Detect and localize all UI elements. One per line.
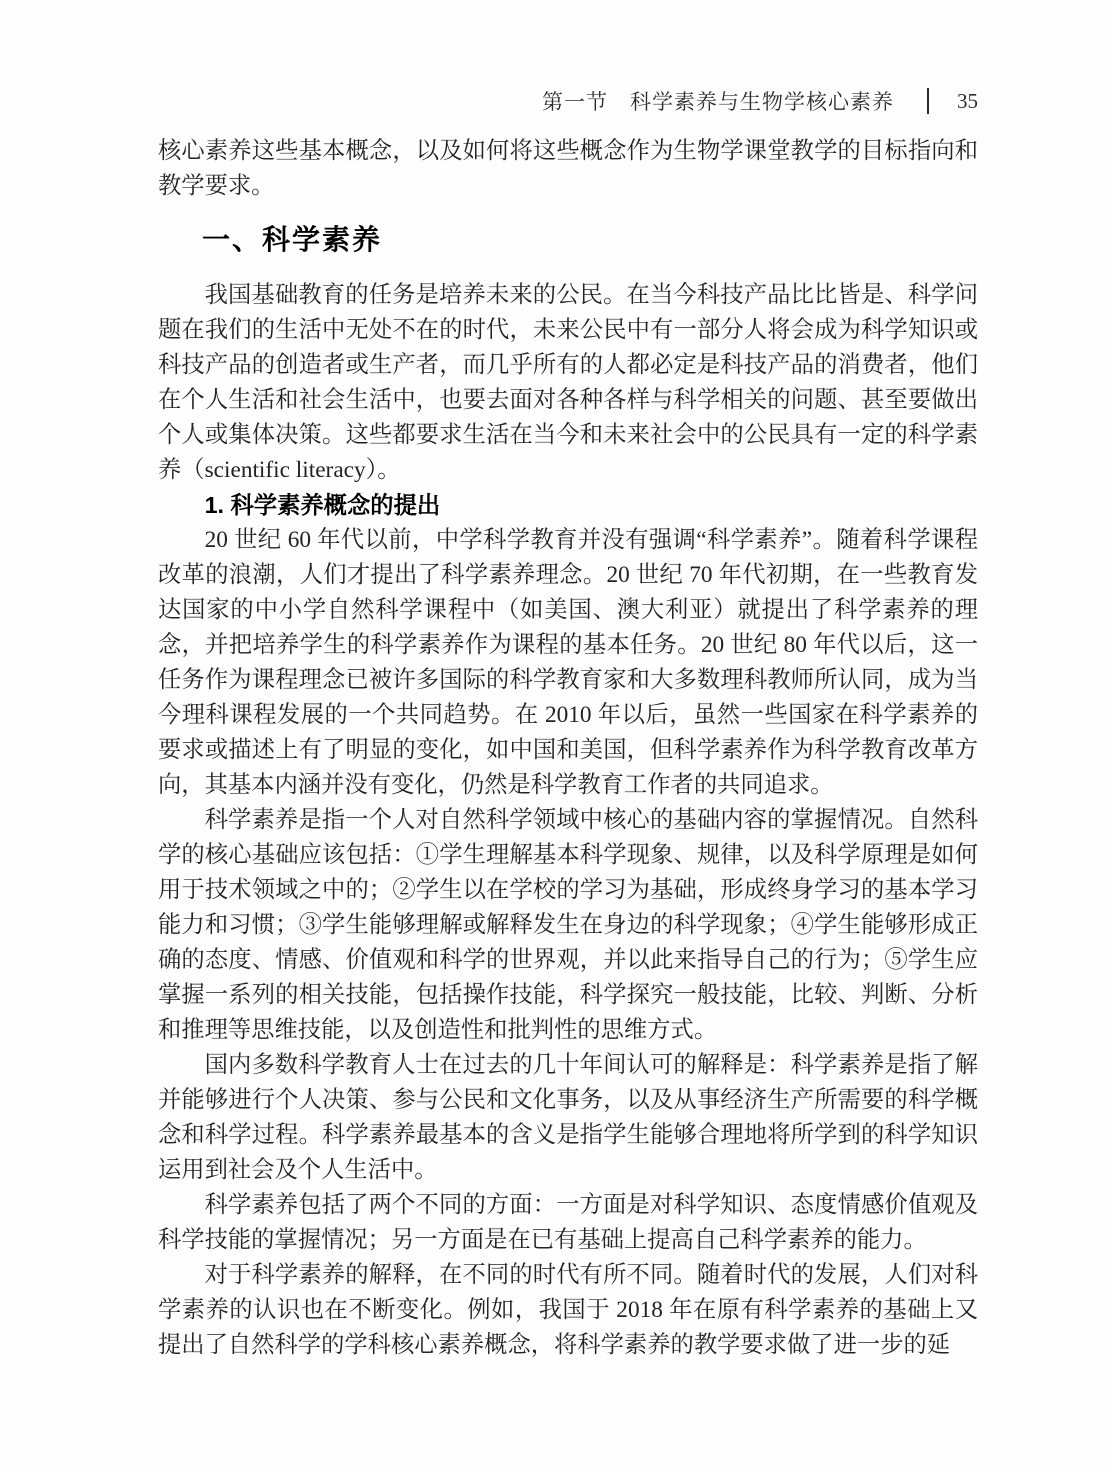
subsection-heading: 1. 科学素养概念的提出 [158,488,978,523]
paragraph-5: 科学素养包括了两个不同的方面：一方面是对科学知识、态度情感价值观及科学技能的掌握… [158,1188,978,1258]
header-chapter-section: 第一节 [542,86,608,116]
paragraph-3: 科学素养是指一个人对自然科学领域中核心的基础内容的掌握情况。自然科学的核心基础应… [158,803,978,1048]
header-divider [927,88,929,114]
header-chapter-title: 科学素养与生物学核心素养 [630,86,894,116]
paragraph-continuation: 核心素养这些基本概念，以及如何将这些概念作为生物学课堂教学的目标指向和教学要求。 [158,134,978,204]
page-header: 第一节 科学素养与生物学核心素养 35 [158,86,978,116]
paragraph-1: 我国基础教育的任务是培养未来的公民。在当今科技产品比比皆是、科学问题在我们的生活… [158,278,978,488]
section-heading: 一、科学素养 [202,223,978,257]
page-content: 核心素养这些基本概念，以及如何将这些概念作为生物学课堂教学的目标指向和教学要求。… [158,134,978,1363]
paragraph-2: 20 世纪 60 年代以前，中学科学教育并没有强调“科学素养”。随着科学课程改革… [158,523,978,803]
paragraph-6: 对于科学素养的解释，在不同的时代有所不同。随着时代的发展，人们对科学素养的认识也… [158,1258,978,1363]
paragraph-4: 国内多数科学教育人士在过去的几十年间认可的解释是：科学素养是指了解并能够进行个人… [158,1048,978,1188]
book-page: 第一节 科学素养与生物学核心素养 35 核心素养这些基本概念，以及如何将这些概念… [0,0,1108,1474]
page-number: 35 [957,89,978,114]
